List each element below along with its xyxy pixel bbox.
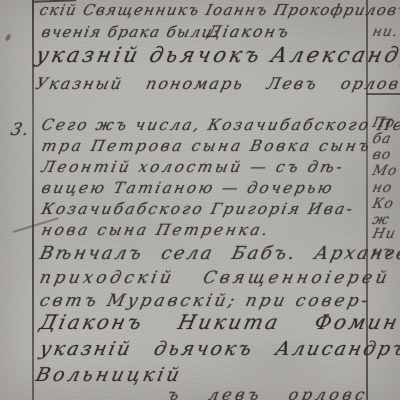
handwritten-line: вченія брака были: bbox=[40, 25, 221, 40]
row-divider-right bbox=[366, 93, 400, 95]
handwritten-line: указній дьячокъ Алисандръ bbox=[38, 340, 400, 359]
handwritten-fragment: ба bbox=[371, 132, 393, 146]
handwritten-fragment: Ни bbox=[371, 227, 397, 241]
handwritten-fragment: По bbox=[371, 116, 397, 130]
handwritten-line: ъ левъ орловс bbox=[166, 387, 370, 400]
handwritten-line: Сего жъ числа, Козачибабского Пе- bbox=[40, 118, 400, 134]
handwritten-line: Діаконъ bbox=[206, 24, 292, 40]
handwritten-fragment: но bbox=[371, 181, 394, 195]
handwritten-fragment: ж bbox=[371, 213, 391, 227]
handwritten-line: вицею Татіаною — дочерью bbox=[40, 181, 336, 197]
handwritten-fragment: нъ bbox=[371, 245, 395, 259]
handwritten-line: Вѣнчалъ села Бабъ. Архангело- bbox=[38, 245, 400, 263]
handwritten-line: свтъ Муравскій; при совер- bbox=[38, 293, 372, 310]
handwritten-line: указній дьячокъ Александръ bbox=[34, 45, 400, 66]
entry-number: 3. bbox=[9, 122, 31, 139]
ink-mark bbox=[5, 33, 12, 41]
handwritten-fragment: Мо bbox=[371, 164, 399, 178]
handwritten-line: Указный пономарь Левъ орловскій bbox=[34, 76, 400, 92]
handwritten-fragment: ни. bbox=[371, 25, 400, 39]
handwritten-line: нова сына Петренка. bbox=[40, 223, 272, 239]
handwritten-line: скій Священникъ Іоаннъ Прокофриловъ bbox=[38, 3, 400, 18]
handwritten-fragment: Ко bbox=[371, 197, 395, 211]
register-scan-page: 3. скій Священникъ Іоаннъ Прокофриловъ в… bbox=[0, 0, 400, 400]
column-rule-left bbox=[32, 0, 34, 400]
handwritten-fragment: во bbox=[371, 148, 393, 162]
handwritten-line: Вольницкій bbox=[34, 366, 184, 385]
handwritten-line: приходскій Священноіерей bbox=[38, 270, 392, 287]
handwritten-line: Козачибабского Григорія Ива- bbox=[40, 202, 356, 218]
handwritten-line: Леонтій холостый — съ дѣ- bbox=[40, 160, 346, 176]
handwritten-line: тра Петрова сына Вовка сынъ bbox=[40, 139, 373, 155]
handwritten-line: Діаконъ Никита Фоминъ bbox=[38, 312, 400, 332]
